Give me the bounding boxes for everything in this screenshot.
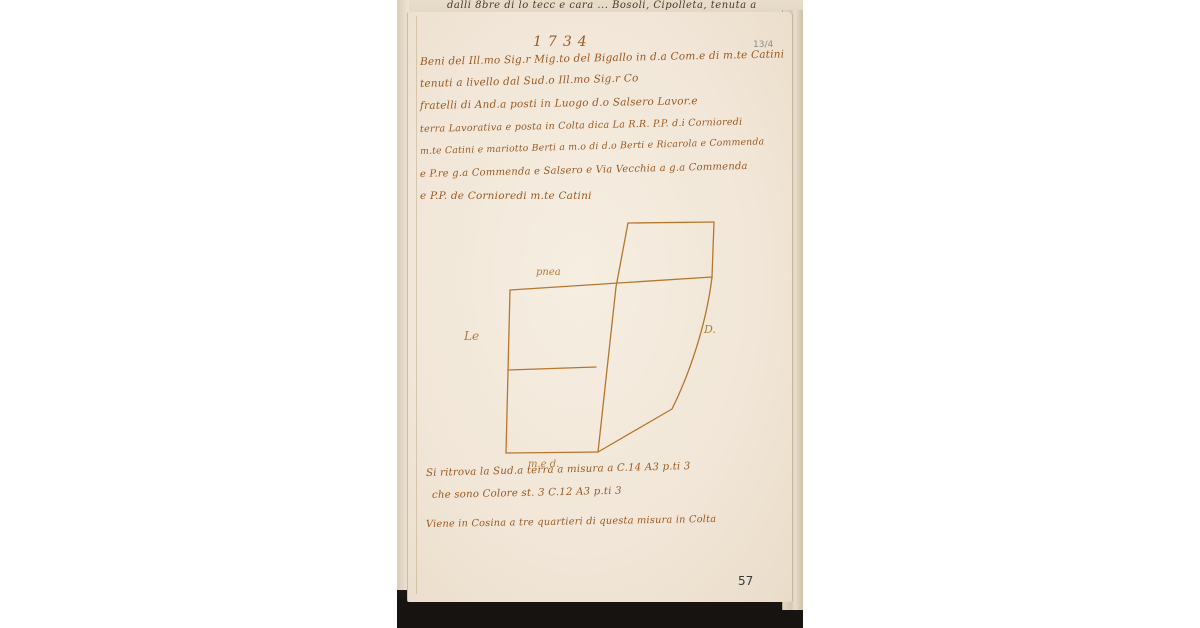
header-line-6: e P.re g.a Commenda e Salsero e Via Vecc… bbox=[420, 161, 748, 180]
footer-line-1: Si ritrova la Sud.a terra a misura a C.1… bbox=[426, 461, 691, 479]
year-heading: 1734 bbox=[533, 34, 593, 50]
page-number: 57 bbox=[738, 574, 753, 588]
diagram-label-right: D. bbox=[704, 323, 716, 336]
header-line-7: e P.P. de Cornioredi m.te Catini bbox=[420, 190, 592, 202]
manuscript-page: 1734 13/4 Beni del Ill.mo Sig.r Mig.to d… bbox=[407, 12, 792, 602]
footer-line-3: Viene in Cosina a tre quartieri di quest… bbox=[426, 514, 716, 530]
header-line-2: tenuti a livello dal Sud.o Ill.mo Sig.r … bbox=[420, 72, 639, 90]
bottom-shadow bbox=[397, 598, 803, 628]
diagram-label-top: pnea bbox=[536, 267, 561, 278]
plot-sketch bbox=[448, 217, 748, 462]
header-line-4: terra Lavorativa e posta in Colta dica L… bbox=[420, 117, 743, 135]
previous-page-text: dalli 8bre di lo tecc e cara ... Bosoli,… bbox=[447, 0, 803, 11]
footer-line-2: che sono Colore st. 3 C.12 A3 p.ti 3 bbox=[432, 486, 622, 501]
manuscript-scan: dalli 8bre di lo tecc e cara ... Bosoli,… bbox=[397, 0, 803, 628]
land-plot-diagram: pnea Le D. m.e d. bbox=[448, 217, 748, 462]
diagram-label-left: Le bbox=[464, 329, 479, 343]
header-line-5: m.te Catini e mariotto Berti a m.o di d.… bbox=[420, 136, 765, 157]
header-line-3: fratelli di And.a posti in Luogo d.o Sal… bbox=[420, 95, 698, 112]
header-line-1: Beni del Ill.mo Sig.r Mig.to del Bigallo… bbox=[420, 48, 784, 68]
